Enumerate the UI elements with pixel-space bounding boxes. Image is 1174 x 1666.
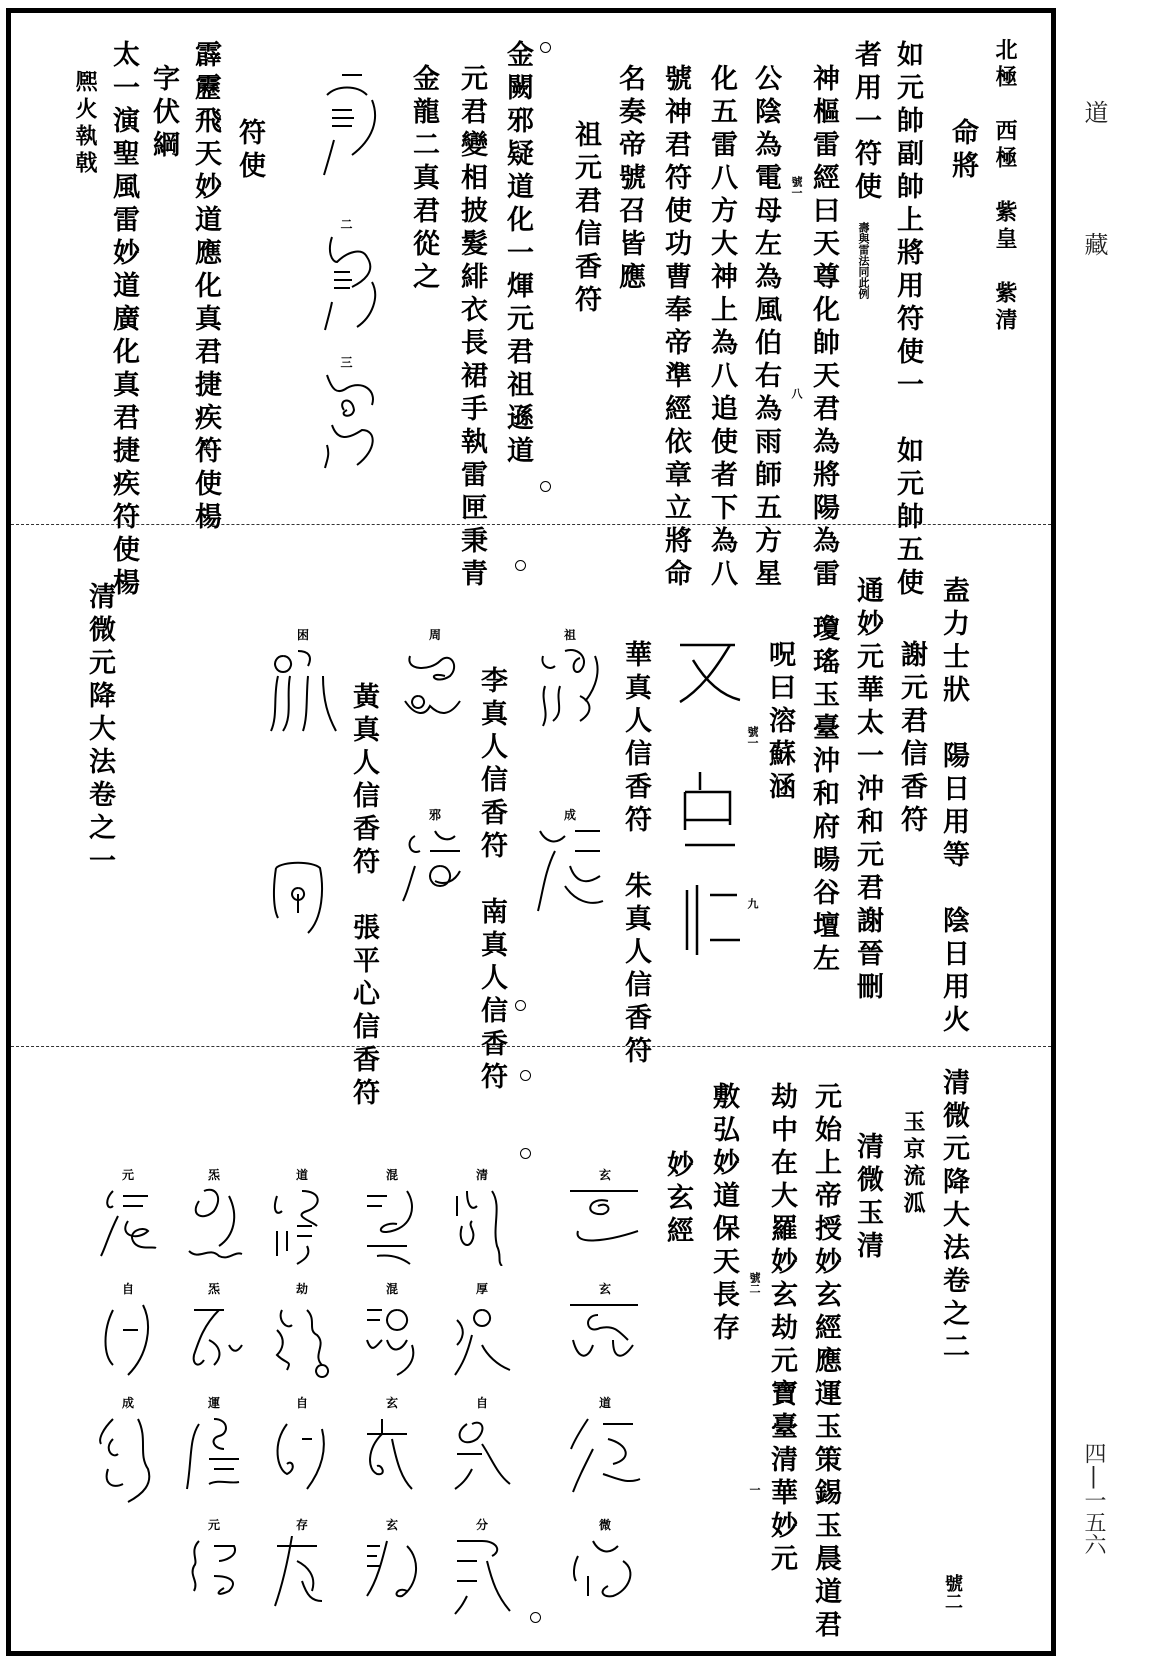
mark-8: 八 bbox=[790, 388, 802, 399]
talisman-cell: 玄 bbox=[568, 1282, 642, 1370]
volume-title: 清微元降大法卷之二 bbox=[938, 1068, 968, 1365]
seal-glyph-bai bbox=[680, 770, 740, 854]
mark-hao-1: 號一 bbox=[790, 176, 802, 198]
talisman-cell: 劫 bbox=[272, 1282, 332, 1380]
circle-marker bbox=[520, 1070, 531, 1081]
talisman-label: 祖 bbox=[564, 628, 576, 642]
talisman-label: 炁 bbox=[208, 1282, 220, 1296]
talisman-xie: 邪 bbox=[400, 808, 470, 906]
talisman-cell: 運 bbox=[184, 1396, 244, 1494]
talisman-three bbox=[322, 370, 382, 474]
talisman-cell: 混 bbox=[362, 1168, 422, 1266]
talisman-cheng: 成 bbox=[535, 808, 605, 916]
talisman-cell: 清 bbox=[452, 1168, 512, 1266]
text-column: 元君變相披髮緋衣長裙手執雷匣秉青 bbox=[456, 64, 486, 592]
circle-marker bbox=[515, 1000, 526, 1011]
text-column: 字伏綱 bbox=[148, 64, 178, 163]
text-column: 盍力士狀 陽日用等 陰日用火 bbox=[938, 576, 968, 1038]
talisman-cell: 元 bbox=[184, 1518, 244, 1606]
talisman-label: 存 bbox=[296, 1518, 308, 1532]
text-column: 金龍二真君從之 bbox=[408, 64, 438, 295]
talisman-label: 分 bbox=[476, 1518, 488, 1532]
text-column: 華真人信香符 朱真人信香符 bbox=[620, 640, 650, 1069]
talisman-cell: 自 bbox=[272, 1396, 332, 1494]
heading-row: 北極 西極 紫皇 紫清 bbox=[990, 38, 1020, 335]
talisman-label: 自 bbox=[476, 1396, 488, 1410]
talisman-circle bbox=[268, 858, 328, 942]
talisman-label: 運 bbox=[208, 1396, 220, 1410]
text-column: 敷弘妙道保天長存 bbox=[708, 1082, 738, 1346]
talisman-label: 厚 bbox=[476, 1282, 488, 1296]
circle-marker bbox=[520, 1148, 531, 1159]
mark-hao-1: 號一 bbox=[746, 726, 758, 748]
talisman-zu: 祖 bbox=[535, 628, 605, 736]
seal-glyph-ren bbox=[682, 880, 742, 964]
text-column: 劫中在大羅妙玄劫元寶臺清華妙元 bbox=[766, 1082, 796, 1577]
talisman-cell: 厚 bbox=[452, 1282, 512, 1380]
text-column: 如元帥副帥上將用符使一 如元帥五使 bbox=[892, 40, 922, 601]
talisman-label: 元 bbox=[122, 1168, 134, 1182]
text-column: 瓊瑤玉臺沖和府暘谷壇左 bbox=[808, 614, 838, 977]
subheading-ming-jiang: 命將 bbox=[947, 118, 977, 184]
mark-hao-2: 號二 bbox=[748, 1272, 760, 1294]
talisman-two bbox=[322, 232, 382, 336]
talisman-label: 玄 bbox=[386, 1396, 398, 1410]
mark-9: 九 bbox=[746, 898, 758, 909]
talisman-cell: 炁 bbox=[184, 1282, 244, 1380]
text-column: 神樞雷經曰天尊化帥天君為將陽為雷 bbox=[808, 64, 838, 592]
talisman-label: 自 bbox=[122, 1282, 134, 1296]
text-column: 祖元君信香符 bbox=[570, 120, 600, 318]
talisman-label: 混 bbox=[386, 1168, 398, 1182]
text-column: 謝元君信香符 bbox=[896, 640, 926, 838]
talisman-cell: 炁 bbox=[184, 1168, 244, 1266]
talisman-cell: 玄 bbox=[362, 1396, 422, 1494]
talisman-label: 炁 bbox=[208, 1168, 220, 1182]
talisman-one bbox=[322, 70, 382, 184]
volume-end-title: 清微元降大法卷之一 bbox=[84, 582, 114, 879]
circle-marker bbox=[515, 560, 526, 571]
text-column: 元始上帝授妙玄經應運玉策錫玉晨道君 bbox=[810, 1082, 840, 1643]
margin-title-1: 道 bbox=[1080, 100, 1108, 124]
page-number: 四|一五六 bbox=[1080, 1442, 1106, 1555]
talisman-cell: 玄 bbox=[568, 1168, 642, 1256]
text-column: 通妙元華太一沖和元君謝晉刪 bbox=[852, 576, 882, 1005]
yang-note: 梓 bbox=[198, 440, 210, 451]
talisman-label: 微 bbox=[599, 1518, 611, 1532]
talisman-label: 清 bbox=[476, 1168, 488, 1182]
margin-title-2: 藏 bbox=[1080, 232, 1108, 256]
text-column: 黃真人信香符 張平心信香符 bbox=[348, 682, 378, 1111]
text-column: 者用一符使 bbox=[850, 40, 880, 205]
talisman-label: 周 bbox=[429, 628, 441, 642]
seal-glyph-you bbox=[675, 640, 745, 714]
text-column: 名奏帝號召皆應 bbox=[614, 64, 644, 295]
talisman-kun: 困 bbox=[268, 628, 338, 736]
talisman-cell: 道 bbox=[272, 1168, 332, 1266]
text-column: 妙玄經 bbox=[662, 1150, 692, 1249]
talisman-label: 成 bbox=[122, 1396, 134, 1410]
circle-marker bbox=[540, 42, 551, 53]
talisman-label: 自 bbox=[296, 1396, 308, 1410]
text-column: 化五雷八方大神上為八追使者下為八 bbox=[706, 64, 736, 592]
text-column: 霹靂飛天妙道應化真君捷疾符使楊 bbox=[190, 40, 220, 535]
circle-marker bbox=[530, 1612, 541, 1623]
talisman-label: 元 bbox=[208, 1518, 220, 1532]
text-column: 呪曰溶蘇涵 bbox=[764, 640, 794, 805]
talisman-label: 玄 bbox=[599, 1168, 611, 1182]
talisman-cell: 分 bbox=[452, 1518, 512, 1616]
talisman-cell: 存 bbox=[272, 1518, 332, 1616]
talisman-cell: 自 bbox=[98, 1282, 158, 1380]
talisman-cell: 玄 bbox=[362, 1518, 422, 1616]
footer-mark: 號二 bbox=[942, 1574, 962, 1610]
talisman-label: 劫 bbox=[296, 1282, 308, 1296]
talisman-cell: 自 bbox=[452, 1396, 512, 1494]
text-column: 金闕邪疑道化一煇元君祖遜道 bbox=[502, 40, 532, 469]
talisman-cell: 元 bbox=[98, 1168, 158, 1266]
circle-marker bbox=[540, 481, 551, 492]
text-column: 李真人信香符 南真人信香符 bbox=[476, 666, 506, 1095]
talisman-label: 邪 bbox=[429, 808, 441, 822]
mark-dash: 一 bbox=[748, 1484, 760, 1495]
text-column: 熈火執戟 bbox=[70, 70, 100, 178]
talisman-label: 困 bbox=[297, 628, 309, 642]
talisman-label: 玄 bbox=[599, 1282, 611, 1296]
talisman-label: 道 bbox=[599, 1396, 611, 1410]
talisman-label: 玄 bbox=[386, 1518, 398, 1532]
text-column: 號神君符使功曹奉帝準經依章立將命 bbox=[660, 64, 690, 592]
talisman-label: 混 bbox=[386, 1282, 398, 1296]
text-column: 太一演聖風雷妙道廣化真君捷疾符使楊 bbox=[108, 40, 138, 601]
text-column: 清微玉清 bbox=[852, 1132, 882, 1264]
talisman-label: 道 bbox=[296, 1168, 308, 1182]
inline-note: 壽與雷法同此例 bbox=[857, 222, 869, 299]
talisman-cell: 道 bbox=[568, 1396, 642, 1494]
text-column: 玉京流泒 bbox=[898, 1110, 928, 1218]
talisman-zhou: 周 bbox=[400, 628, 470, 726]
section-divider-2 bbox=[11, 1046, 1051, 1047]
seq-3: 三 bbox=[340, 356, 352, 368]
subheading-fu-shi: 符使 bbox=[234, 118, 264, 184]
talisman-cell: 混 bbox=[362, 1282, 422, 1380]
seq-2: 二 bbox=[340, 218, 352, 230]
talisman-label: 成 bbox=[564, 808, 576, 822]
talisman-cell: 微 bbox=[568, 1518, 642, 1606]
text-column: 公陰為電母左為風伯右為雨師五方星 bbox=[750, 64, 780, 592]
talisman-cell: 成 bbox=[98, 1396, 158, 1504]
